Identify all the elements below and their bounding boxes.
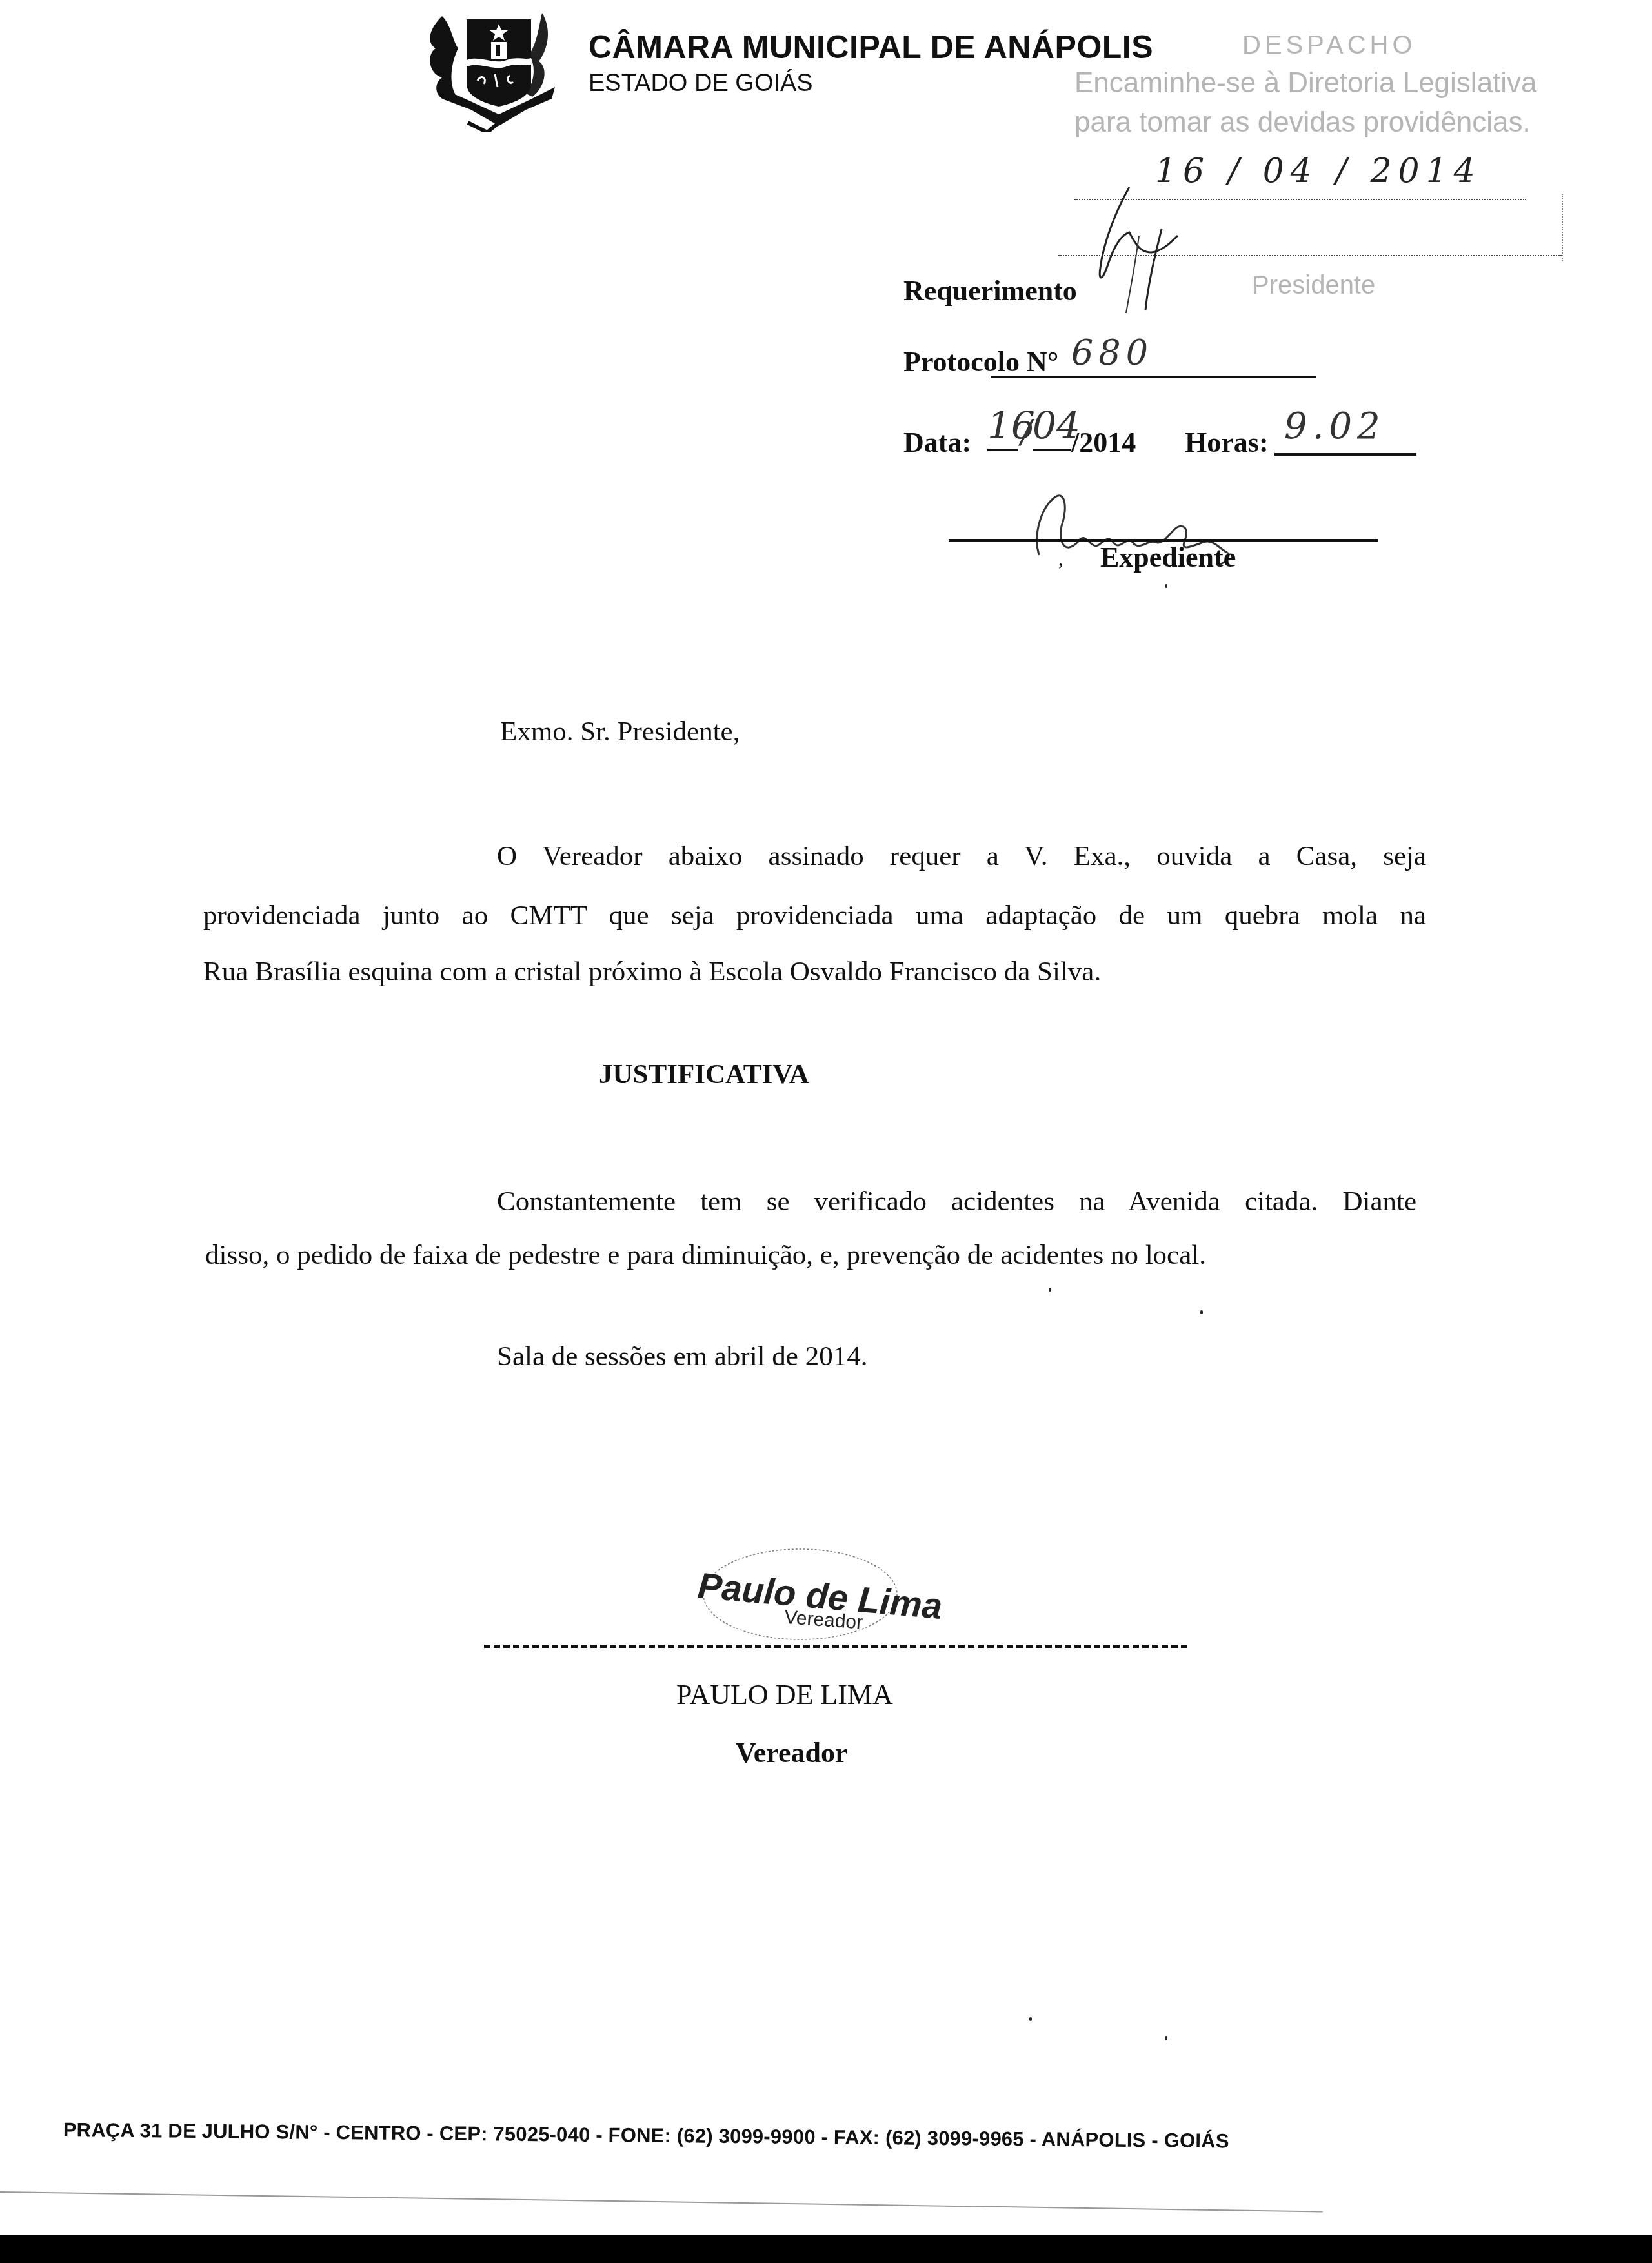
stamp-instruction-line1: Encaminhe-se à Diretoria Legislativa [1074,67,1537,99]
request-paragraph-line: Rua Brasília esquina com a cristal próxi… [203,958,1101,986]
document-type-label: Requerimento [903,274,1077,307]
stamp-title: DESPACHO [1242,31,1416,60]
scan-edge-bar [0,2235,1652,2263]
speck: , [1058,549,1063,571]
signature-line [484,1645,1187,1648]
stamp-handwritten-date: 16 / 04 / 2014 [1155,152,1482,190]
coat-of-arms-icon [423,3,561,132]
request-paragraph-line: providenciada junto ao CMTT que seja pro… [203,902,1426,929]
footer-rule [0,2191,1323,2212]
president-signature-icon [1091,184,1200,313]
scan-speck [1049,1288,1051,1292]
date-month-value: 04 [1032,403,1071,451]
signature-stamp: Paulo de Lima Vereador [671,1543,1000,1643]
signer-role: Vereador [736,1736,848,1769]
org-name: CÂMARA MUNICIPAL DE ANÁPOLIS [589,28,1153,66]
org-state: ESTADO DE GOIÁS [589,70,813,97]
stamp-instruction-line2: para tomar as devidas providências. [1074,107,1531,139]
hours-value: 9.02 [1284,405,1385,447]
svg-text:Vereador: Vereador [784,1607,864,1633]
expediente-label: Expediente [1100,541,1236,574]
protocol-number-value: 680 [1071,332,1153,373]
stamp-president-label: Presidente [1252,271,1375,300]
justification-paragraph-line: Constantemente tem se verificado acident… [497,1188,1416,1215]
salutation: Exmo. Sr. Presidente, [500,718,740,746]
protocol-number-field [991,337,1316,378]
justification-heading: JUSTIFICATIVA [599,1059,809,1090]
date-year-value: /2014 [1071,426,1136,459]
signer-name: PAULO DE LIMA [676,1678,893,1711]
closing-line: Sala de sessões em abril de 2014. [497,1343,867,1370]
date-label: Data: [903,426,971,459]
justification-paragraph-line: disso, o pedido de faixa de pedestre e p… [205,1241,1206,1269]
request-paragraph-line: O Vereador abaixo assinado requer a V. E… [497,842,1426,870]
footer-address: PRAÇA 31 DE JULHO S/N° - CENTRO - CEP: 7… [63,2118,1229,2153]
date-separator: / [1021,413,1032,451]
stamp-border [1562,194,1563,261]
date-day-value: 16 [987,403,1018,451]
scan-speck [1165,2036,1167,2040]
scan-speck [1029,2017,1032,2021]
scan-speck [1200,1310,1203,1314]
hours-label: Horas: [1185,426,1269,459]
scan-speck [1165,584,1167,588]
